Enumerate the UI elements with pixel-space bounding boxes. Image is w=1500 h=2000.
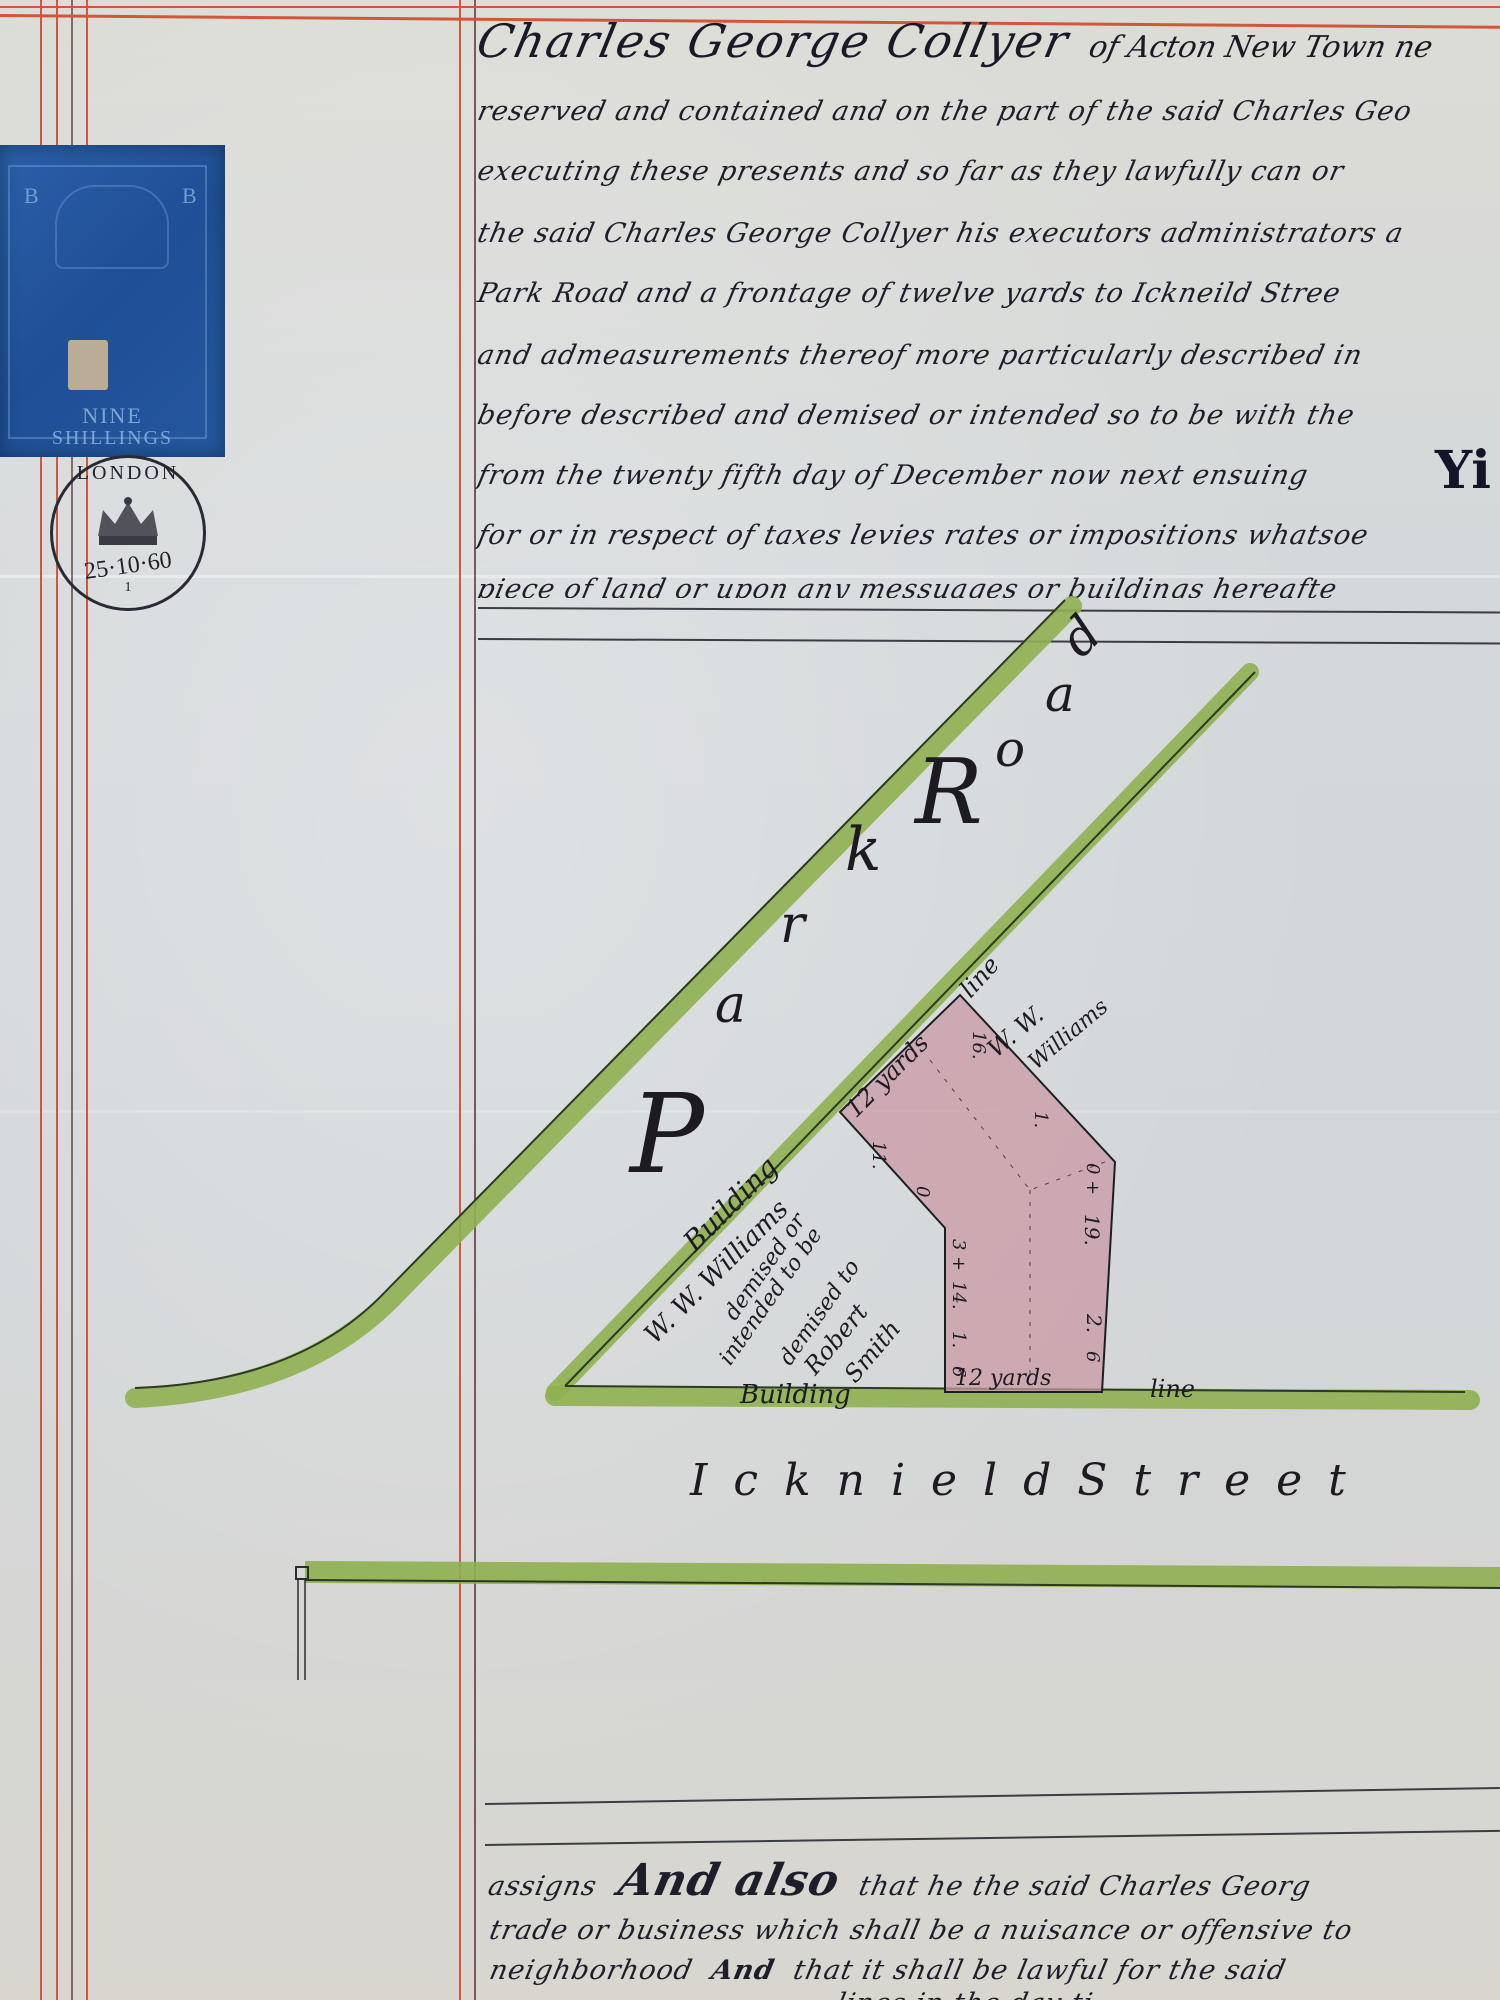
building-line-label: line xyxy=(1150,1375,1195,1403)
plot-dimension: 1. xyxy=(948,1331,969,1348)
plot-dimension: 0 xyxy=(912,1186,933,1197)
street-north-edge xyxy=(555,1396,1470,1400)
deed-text-line: ... lines in the day ti... xyxy=(799,1988,1500,2000)
plot-dimension: 19. xyxy=(1080,1214,1104,1246)
plot-dimension: 6 xyxy=(1082,1351,1103,1362)
road-label-letter: r xyxy=(780,895,805,955)
plot-dimension: 1. xyxy=(1030,1111,1051,1128)
building-line-label: Building xyxy=(740,1380,851,1410)
deed-text-line: assigns And also that he the said Charle… xyxy=(485,1855,1500,1906)
street-south-edge xyxy=(305,1572,1500,1578)
park-road-outer-line xyxy=(135,600,1065,1388)
road-label-letter: P xyxy=(630,1070,704,1198)
plot-dimension: 11. xyxy=(868,1141,889,1170)
road-label-letter: R xyxy=(915,740,983,845)
deed-word: assigns xyxy=(485,1871,600,1902)
frontage-street: 12 yards xyxy=(955,1366,1051,1391)
deed-word: neighborhood xyxy=(487,1955,696,1986)
plot-dimension: 14. xyxy=(948,1281,969,1310)
plot-dimension: 2. xyxy=(1082,1314,1106,1333)
deed-word: that he the said Charles Georg xyxy=(856,1871,1314,1902)
deed-initial: And also xyxy=(614,1855,844,1906)
deed-initial: And xyxy=(709,1955,778,1986)
road-label-letter: a xyxy=(1045,665,1075,723)
deed-text-line: trade or business which shall be a nuisa… xyxy=(487,1915,1500,1946)
deed-word: that it shall be lawful for the said xyxy=(791,1955,1289,1986)
road-label-letter: o xyxy=(995,720,1025,778)
plot-dimension: 3 + xyxy=(948,1239,969,1271)
road-label-letter: a xyxy=(715,975,746,1035)
street-label: I c k n i e l d S t r e e t xyxy=(690,1455,1352,1506)
site-plan xyxy=(0,0,1500,2000)
plot-dimension: 0 + xyxy=(1082,1163,1103,1195)
road-label-letter: k xyxy=(845,815,881,885)
deed-text-line: neighborhood And that it shall be lawful… xyxy=(487,1955,1500,1986)
plot-dimension: 6 xyxy=(948,1366,969,1377)
